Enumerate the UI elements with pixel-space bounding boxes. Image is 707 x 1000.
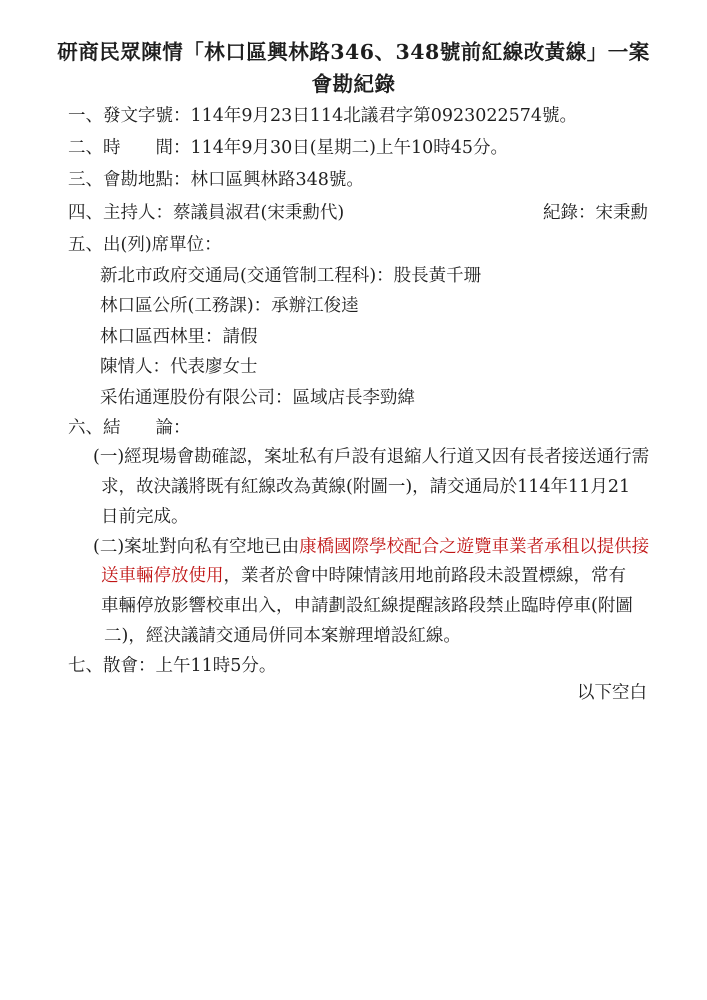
conclusion2-red-segment: 康橋國際學校配合之遊覽車業者承租以提供接 (299, 537, 649, 557)
line-location: 三、會勘地點：林口區興林路348號。 (68, 164, 707, 196)
blank-below-note: 以下空白 (0, 678, 647, 708)
conclusion2-black-segment: (二)案址對向私有空地已由 (93, 537, 299, 557)
conclusion1-line-2: 求，故決議將既有紅線改為黃線(附圖一)，請交通局於114年11月21 (101, 473, 707, 503)
conclusion1-line-1: (一)經現場會勘確認，案址私有戶設有退縮人行道又因有長者接送通行需 (93, 443, 707, 473)
conclusion2-red-segment: 送車輛停放使用 (101, 566, 224, 586)
line-adjourn: 七、散會：上午11時5分。 (68, 651, 707, 681)
line-time: 二、時 間：114年9月30日(星期二)上午10時45分。 (68, 132, 707, 164)
document-page: 研商民眾陳情「林口區興林路346、348號前紅線改黃線」一案 會勘紀錄 一、發文… (0, 0, 707, 1000)
closing-section: 七、散會：上午11時5分。 以下空白 (0, 651, 707, 708)
host-text: 四、主持人：蔡議員淑君(宋秉勳代) (68, 197, 344, 229)
conclusion2-line-3: 車輛停放影響校車出入，申請劃設紅線提醒該路段禁止臨時停車(附圖 (101, 592, 707, 622)
header-items-section: 一、發文字號：114年9月23日114北議君字第0923022574號。 二、時… (0, 100, 707, 261)
attendee-line: 采佑通運股份有限公司：區域店長李勁緯 (100, 383, 707, 413)
attendee-line: 新北市政府交通局(交通管制工程科)：股長黃千珊 (100, 261, 707, 291)
recorder-text: 紀錄：宋秉勳 (543, 197, 648, 229)
conclusions-section: (一)經現場會勘確認，案址私有戶設有退縮人行道又因有長者接送通行需 求，故決議將… (0, 443, 707, 651)
conclusion1-line-3: 日前完成。 (101, 503, 707, 533)
line-conclusion-header: 六、結 論： (68, 413, 707, 443)
attendee-line: 林口區公所(工務課)：承辦江俊逵 (100, 291, 707, 321)
line-issue-number: 一、發文字號：114年9月23日114北議君字第0923022574號。 (68, 100, 707, 132)
attendee-line: 陳情人：代表廖女士 (100, 352, 707, 382)
conclusion2-line-4: 二)，經決議請交通局併同本案辦理增設紅線。 (104, 622, 707, 652)
line-host: 四、主持人：蔡議員淑君(宋秉勳代) 紀錄：宋秉勳 (68, 197, 648, 229)
document-title: 研商民眾陳情「林口區興林路346、348號前紅線改黃線」一案 (0, 36, 707, 68)
conclusion2-black-segment: ，業者於會中時陳情該用地前路段未設置標線，常有 (224, 566, 627, 586)
document-subtitle: 會勘紀錄 (0, 68, 707, 100)
line-attendees-header: 五、出(列)席單位： (68, 229, 707, 261)
attendees-section: 新北市政府交通局(交通管制工程科)：股長黃千珊 林口區公所(工務課)：承辦江俊逵… (0, 261, 707, 443)
attendee-line: 林口區西林里：請假 (100, 322, 707, 352)
conclusion2-line-2: 送車輛停放使用，業者於會中時陳情該用地前路段未設置標線，常有 (101, 562, 707, 592)
conclusion2-line-1: (二)案址對向私有空地已由康橋國際學校配合之遊覽車業者承租以提供接 (93, 533, 707, 563)
